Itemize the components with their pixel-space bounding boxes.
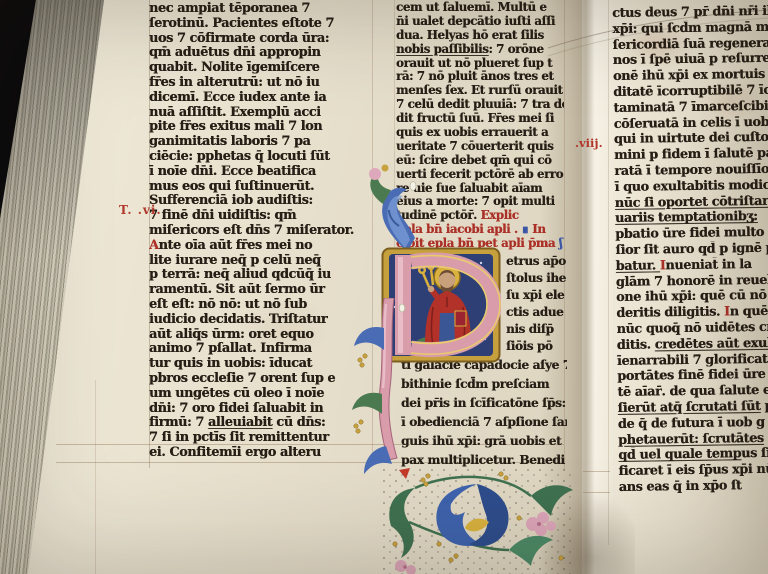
manuscript-text-line: menſes ſex. Et rurſū orauit bbox=[396, 84, 564, 98]
manuscript-text-line: Ante oīa aūt fr̄es mei no bbox=[149, 239, 373, 254]
manuscript-text-line: nobis paſſibilis: 7 orōne bbox=[396, 43, 564, 57]
manuscript-text-line: 7 finē dn̄i uidiſtis: qm̄ bbox=[149, 209, 373, 224]
manuscript-text-line: ſu xp̄i ele bbox=[506, 287, 566, 304]
manuscript-text-line: ganimitatis laboris 7 pa bbox=[149, 135, 373, 150]
manuscript-text-line: ueritate 7 cōuerterit quis bbox=[396, 140, 564, 154]
manuscript-text-line: ſiōis pō bbox=[506, 338, 566, 355]
manuscript-text-line: ſtolus ihe bbox=[506, 270, 566, 287]
manuscript-text-line: etrus ap̄o bbox=[506, 253, 566, 270]
manuscript-text-line: mus eos qui ſuſtinuerūt. bbox=[149, 180, 373, 195]
manuscript-text-line: ficaret ī eis ſp̄us xp̄i nū bbox=[618, 462, 768, 480]
manuscript-text-line: nec ampiat tēporanea 7 bbox=[149, 2, 373, 17]
manuscript-text-line: orauit ut nō plueret ſup t̄ bbox=[396, 57, 564, 71]
manuscript-photo: nec ampiat tēporanea 7ſerotinū. Paciente… bbox=[0, 0, 768, 574]
foliage-stem bbox=[350, 298, 410, 488]
manuscript-text-line: 7 celū dedit pluuiā: 7 t̄ra de bbox=[396, 98, 564, 112]
manuscript-text-line: eius a morte: 7 opit multi bbox=[396, 195, 564, 209]
manuscript-text-line: n̄i ualet depcātio iuſti aſſi bbox=[396, 15, 564, 29]
manuscript-text-line: uerti fecerit pctōrē ab erro bbox=[396, 168, 564, 182]
manuscript-text-line: bithinie ſcd̄m preſciam bbox=[401, 375, 567, 394]
manuscript-text-line: tur quis in uobis: īducat bbox=[149, 357, 373, 372]
manuscript-text-line: Sufferenciā iob audiſtis: bbox=[149, 194, 373, 209]
manuscript-text-line: dn̄i: 7 oro fidei ſaluabit in bbox=[149, 402, 373, 417]
manuscript-text-line: dei pr̄is in ſcīficatōne ſp̄s: bbox=[401, 394, 567, 413]
manuscript-text-line: quis ex uobis errauerit a bbox=[396, 126, 564, 140]
manuscript-text-line: nuā aſſiſtit. Exemplū acci bbox=[149, 106, 373, 121]
text-below-initial: ti galacie capadocie aſye 7bithinie ſcd̄… bbox=[401, 356, 567, 470]
manuscript-text-line: animo 7 pſallat. Infirma bbox=[149, 342, 373, 357]
manuscript-text-line: epla bn̄ iacobi apli . ∎ In bbox=[396, 223, 564, 237]
manuscript-text-line: ans eas q̄ in xp̄o ſt bbox=[619, 477, 768, 495]
manuscript-text-line: uos 7 cōfirmate corda ūra: bbox=[149, 32, 373, 47]
manuscript-text-line: um ungētes cū oleo ī noīe bbox=[149, 387, 373, 402]
manuscript-text-line: firmū: 7 alleuiabit cū dn̄s: bbox=[149, 416, 373, 431]
manuscript-text-line: ī obedienciā 7 aſpſione ſan bbox=[401, 413, 567, 432]
manuscript-text-line: dua. Helyas hō erat ſilis bbox=[396, 29, 564, 43]
manuscript-text-line: qm̄ aduētus dn̄i appropin bbox=[149, 46, 373, 61]
manuscript-text-line: eū: ſcire debet qm̄ qui cō bbox=[396, 154, 564, 168]
manuscript-text-line: quabit. Nolite īgemiſcere bbox=[149, 61, 373, 76]
manuscript-text-line: p terrā: neq̄ aliud qdcūq̄ iu bbox=[149, 268, 373, 283]
manuscript-text-line: nis diſp̄ bbox=[506, 321, 566, 338]
manuscript-text-line: fr̄es in alterutrū: ut nō iu bbox=[149, 76, 373, 91]
manuscript-text-line: pbros eccleſie 7 orent ſup e bbox=[149, 372, 373, 387]
bas-de-page-foliage bbox=[381, 466, 575, 574]
manuscript-text-line: ī noīe dn̄i. Ecce beatifica bbox=[149, 165, 373, 180]
manuscript-text-line: re uie ſue ſaluabit aīam bbox=[396, 182, 564, 196]
manuscript-text-line: dit fructū ſuū. Fr̄es mei ſi bbox=[396, 112, 564, 126]
manuscript-text-line: ramentū. Sit aūt ſermo ūr bbox=[149, 283, 373, 298]
text-column-left: nec ampiat tēporanea 7ſerotinū. Paciente… bbox=[149, 2, 373, 461]
manuscript-text-line: 7 ſi in pctīs ſit remittentur bbox=[149, 431, 373, 446]
manuscript-text-line: ctis adue bbox=[506, 304, 566, 321]
manuscript-text-line: ei. Confitemīi ergo alteru bbox=[149, 446, 373, 461]
manuscript-text-line: guis ihū xp̄i: grā uobis et bbox=[401, 432, 567, 451]
manuscript-text-line: iudicio decidatis. Triſtatur bbox=[149, 313, 373, 328]
manuscript-text-line: dicemī. Ecce iudex ante ia bbox=[149, 91, 373, 106]
foliage-top-icon bbox=[349, 164, 421, 254]
text-beside-initial: etrus ap̄oſtolus iheſu xp̄i electis adue… bbox=[506, 253, 566, 355]
manuscript-text-line: ſerotinū. Pacientes eſtote 7 bbox=[149, 17, 373, 32]
manuscript-text-line: aūt aliq̄s ūrm: oret equo bbox=[149, 328, 373, 343]
manuscript-text-line: rā: 7 nō pluit ānos tres et bbox=[396, 70, 564, 84]
text-column-right-page: ctus deus 7 pr̄ dn̄i nr̄i ihūxp̄i: qui ſ… bbox=[612, 4, 768, 496]
manuscript-text-line: cem ut ſaluemī. Multū e bbox=[396, 1, 564, 15]
manuscript-text-line: miſericors eſt dn̄s 7 miſerator. bbox=[149, 224, 373, 239]
manuscript-text-line: ciēcie: pphetas q̄ locuti ſūt bbox=[149, 150, 373, 165]
manuscript-text-line: eſt eſt: nō nō: ut nō ſub bbox=[149, 298, 373, 313]
text-column-middle-upper: cem ut ſaluemī. Multū en̄i ualet depcāti… bbox=[396, 1, 564, 251]
manuscript-text-line: pite fr̄es exitus mali 7 lon bbox=[149, 120, 373, 135]
manuscript-text-line: tudinē pctōr̄. Explic bbox=[396, 209, 564, 223]
manuscript-text-line: lite iurare neq̄ p celū neq̄ bbox=[149, 254, 373, 269]
chapter-marker-right: .viij. bbox=[575, 136, 603, 150]
chapter-marker-left: T. .vi. bbox=[119, 203, 162, 217]
book-icon bbox=[455, 311, 466, 326]
